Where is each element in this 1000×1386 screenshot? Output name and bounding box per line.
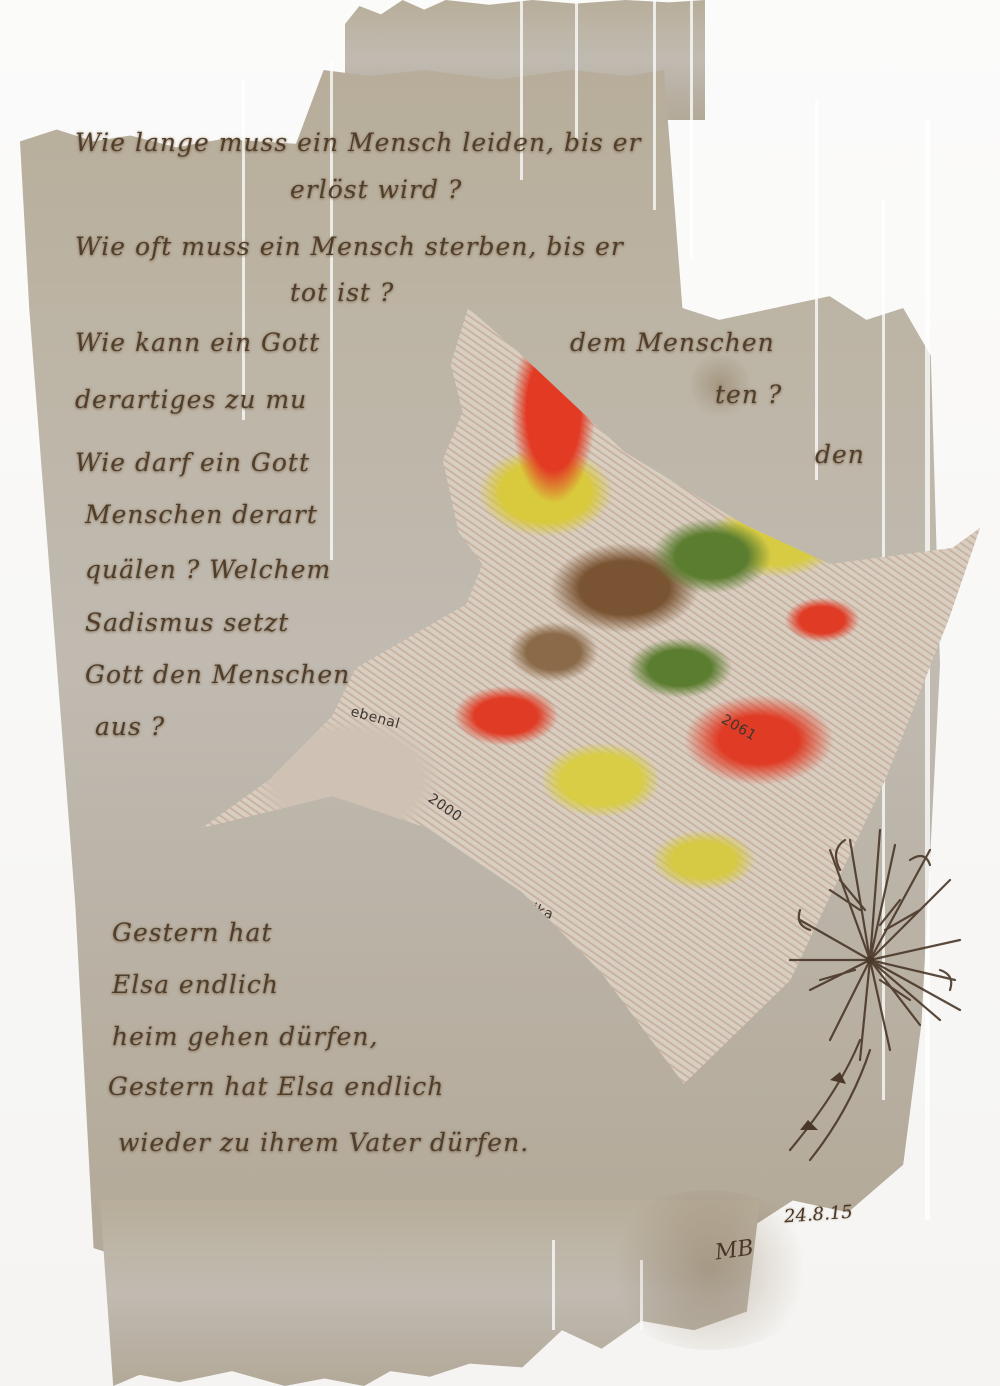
- poem-line: Wie oft muss ein Mensch sterben, bis er: [75, 232, 624, 261]
- poem-line: aus ?: [95, 712, 165, 741]
- brush-streak: [575, 0, 578, 140]
- poem-line: Elsa endlich: [112, 970, 279, 999]
- brush-streak: [552, 1240, 555, 1330]
- poem-line: Wie darf ein Gott: [75, 448, 310, 477]
- poem-line: Gestern hat Elsa endlich: [108, 1072, 444, 1101]
- map-label: 2061: [719, 712, 760, 745]
- flower-drawing-icon: [770, 810, 970, 1170]
- map-label: 2000: [425, 791, 465, 826]
- brush-streak: [653, 0, 656, 210]
- brush-streak: [690, 0, 693, 260]
- poem-line: Wie lange muss ein Mensch leiden, bis er: [75, 128, 641, 157]
- poem-line: Wie kann ein Gott: [75, 328, 320, 357]
- poem-line: Gestern hat: [112, 918, 273, 947]
- poem-line: derartiges zu mu: [75, 385, 307, 414]
- poem-line: erlöst wird ?: [290, 175, 462, 204]
- poem-line: ten ?: [715, 380, 782, 409]
- poem-line: heim gehen dürfen,: [112, 1022, 378, 1051]
- poem-line: dem Menschen: [570, 328, 775, 357]
- map-label: ebenal: [349, 704, 402, 733]
- poem-line: den: [815, 440, 865, 469]
- poem-line: tot ist ?: [290, 278, 394, 307]
- artist-signature: MB: [713, 1235, 755, 1265]
- poem-line: quälen ? Welchem: [85, 555, 331, 584]
- poem-line: Sadismus setzt: [85, 608, 289, 637]
- poem-line: Menschen derart: [85, 500, 318, 529]
- poem-line: Gott den Menschen: [85, 660, 350, 689]
- brush-streak: [815, 100, 818, 480]
- poem-line: wieder zu ihrem Vater dürfen.: [118, 1128, 529, 1157]
